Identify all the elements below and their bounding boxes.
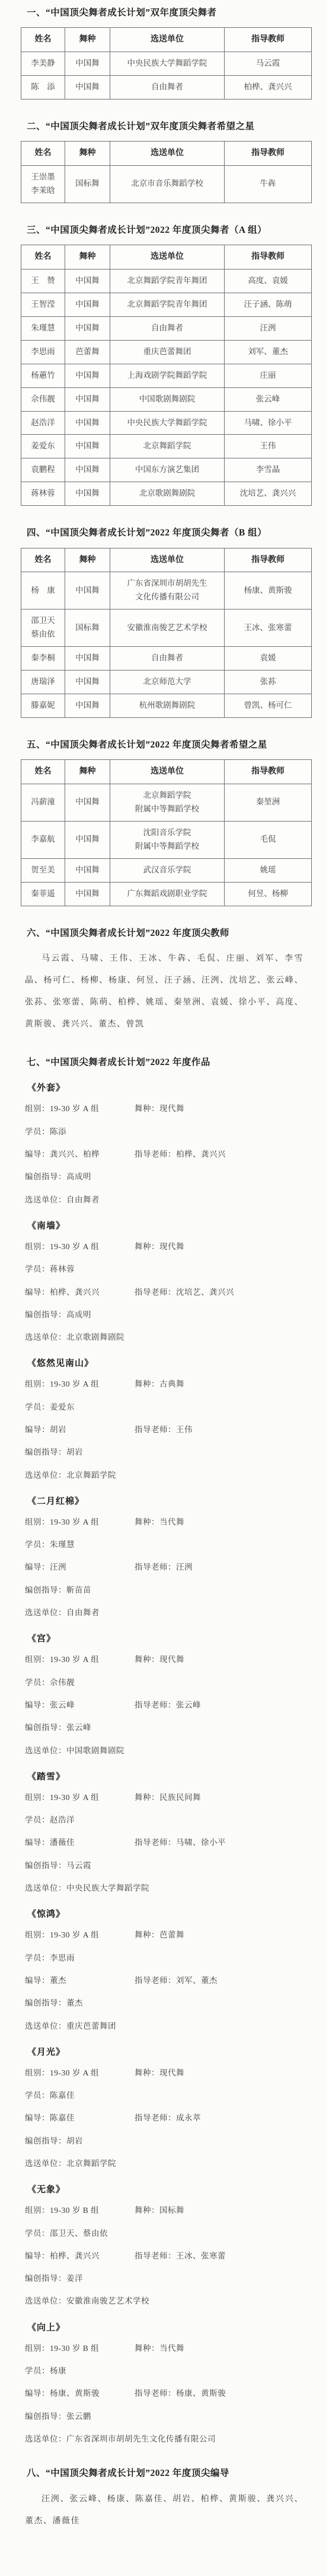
work-director-label: 编导：: [25, 1425, 50, 1434]
work-student-value: 姜爱东: [50, 1403, 75, 1411]
cell-name: 佘伟靓: [21, 387, 65, 411]
work-tutor-label: 指导老师：: [135, 1288, 176, 1297]
work-tutor-value: 王冰、张寒蕾: [176, 2251, 226, 2260]
table-row: 佘伟靓中国舞中国歌剧舞剧院张云峰: [21, 387, 312, 411]
cell-tutor: 马啸、徐小平: [225, 411, 312, 435]
work-genre-value: 国标舞: [159, 2206, 184, 2215]
work-director-value: 汪洌: [50, 1563, 66, 1571]
work-line-group-genre: 组别：19-30 岁 B 组舞种：国标舞: [25, 2203, 315, 2218]
work-director: 编导：陈嘉佳: [25, 2111, 135, 2125]
work-tutor-value: 柏桦、龚兴兴: [176, 1150, 226, 1159]
work-student-value: 李思雨: [50, 1953, 75, 1962]
work-unit: 选送单位：自由舞者: [25, 1606, 100, 1620]
cell-name: 李嘉航: [21, 821, 65, 858]
table-row: 袁鹏程中国舞中国东方演艺集团李雪晶: [21, 458, 312, 482]
work-line-unit: 选送单位：中央民族大学舞蹈学院: [25, 1881, 315, 1895]
cell-tutor: 王伟: [225, 435, 312, 458]
cell-name: 王智滢: [21, 293, 65, 316]
work-line-group-genre: 组别：19-30 岁 A 组舞种：芭蕾舞: [25, 1928, 315, 1942]
work-line-group-genre: 组别：19-30 岁 A 组舞种：民族民间舞: [25, 1791, 315, 1805]
cell-unit: 上海戏剧学院舞蹈学院: [110, 364, 225, 387]
work-unit: 选送单位：中央民族大学舞蹈学院: [25, 1881, 149, 1895]
cell-genre: 中国舞: [65, 858, 110, 882]
work-student-label: 学员：: [25, 1127, 50, 1136]
work-advisor-label: 编创指导：: [25, 1861, 66, 1870]
work-unit-value: 自由舞者: [66, 1608, 100, 1617]
cell-unit: 沈阳音乐学院 附属中等舞蹈学校: [110, 821, 225, 858]
table-header-row: 姓名舞种选送单位指导教师: [21, 760, 312, 784]
work-advisor-value: 胡岩: [66, 2136, 83, 2145]
work-student: 学员：陈添: [25, 1125, 66, 1139]
doc-section-8: 八、“中国顶尖舞者成长计划”2022 年度顶尖编导汪洌、张云峰、杨康、陈嘉佳、胡…: [0, 2466, 326, 2532]
cell-genre: 中国舞: [65, 316, 110, 340]
cell-genre: 中国舞: [65, 364, 110, 387]
column-header-name: 姓名: [21, 548, 65, 572]
doc-section-3: 三、“中国顶尖舞者成长计划”2022 年度顶尖舞者（A 组）姓名舞种选送单位指导…: [0, 223, 326, 506]
work-director-label: 编导：: [25, 1563, 50, 1571]
work-advisor: 编创指导：高成明: [25, 1170, 91, 1184]
work-director-value: 柏桦、龚兴兴: [50, 1288, 100, 1297]
cell-unit: 武汉音乐学院: [110, 858, 225, 882]
work-director: 编导：柏桦、龚兴兴: [25, 1285, 135, 1300]
work-line-director-tutor: 编导：柏桦、龚兴兴指导老师：王冰、张寒蕾: [25, 2249, 315, 2263]
cell-genre: 中国舞: [65, 387, 110, 411]
work-line-student: 学员：赵浩洋: [25, 1813, 315, 1827]
work-advisor: 编创指导：胡岩: [25, 1445, 83, 1459]
column-header-unit: 选送单位: [110, 142, 225, 166]
cell-unit: 北京舞蹈学院: [110, 435, 225, 458]
cell-name: 蒋林蓉: [21, 482, 65, 506]
cell-tutor: 庄丽: [225, 364, 312, 387]
work-student-value: 杨康: [50, 2366, 66, 2375]
work-group-label: 组别：: [25, 2068, 50, 2077]
work-advisor-label: 编创指导：: [25, 2136, 66, 2145]
doc-section-4: 四、“中国顶尖舞者成长计划”2022 年度顶尖舞者（B 组）姓名舞种选送单位指导…: [0, 526, 326, 718]
work-title: 《月光》: [27, 2045, 326, 2058]
work-genre-label: 舞种：: [135, 1380, 159, 1388]
work-tutor-label: 指导老师：: [135, 1150, 176, 1159]
cell-genre: 中国舞: [65, 821, 110, 858]
work-unit: 选送单位：安徽淮南骏艺艺术学校: [25, 2294, 149, 2308]
work-unit: 选送单位：中国歌剧舞剧院: [25, 1744, 124, 1758]
work-student-label: 学员：: [25, 2366, 50, 2375]
work-advisor: 编创指导：董杰: [25, 1996, 83, 2010]
doc-section-2: 二、“中国顶尖舞者成长计划”双年度顶尖舞者希望之星姓名舞种选送单位指导教师王崇墨…: [0, 120, 326, 203]
work-student-label: 学员：: [25, 2091, 50, 2100]
cell-name: 李思雨: [21, 340, 65, 364]
work-title: 《向上》: [27, 2321, 326, 2333]
column-header-tutor: 指导教师: [225, 142, 312, 166]
work-tutor-label: 指导老师：: [135, 2251, 176, 2260]
work-director: 编导：张云峰: [25, 1698, 135, 1712]
work-genre-label: 舞种：: [135, 1104, 159, 1113]
work-line-student: 学员：杨康: [25, 2364, 315, 2378]
document-page: 一、“中国顶尖舞者成长计划”双年度顶尖舞者姓名舞种选送单位指导教师李美静中国舞中…: [0, 0, 326, 2576]
work-director-label: 编导：: [25, 1838, 50, 1847]
work-line-group-genre: 组别：19-30 岁 A 组舞种：现代舞: [25, 1653, 315, 1667]
work-unit-value: 重庆芭蕾舞团: [66, 2022, 116, 2030]
work-title: 《南墙》: [27, 1219, 326, 1231]
work-group-value: 19-30 岁 A 组: [50, 1793, 99, 1802]
work-genre-value: 现代舞: [159, 2068, 184, 2077]
work-student-value: 赵浩洋: [50, 1815, 75, 1824]
work-director: 编导：柏桦、龚兴兴: [25, 2249, 135, 2263]
work-group-value: 19-30 岁 A 组: [50, 1930, 99, 1939]
cell-unit: 中央民族大学舞蹈学院: [110, 411, 225, 435]
table-row: 蒋林蓉中国舞北京歌剧舞剧院沈培艺、龚兴兴: [21, 482, 312, 506]
work-unit: 选送单位：北京舞蹈学院: [25, 2157, 116, 2171]
work-group-value: 19-30 岁 A 组: [50, 1242, 99, 1251]
work-entry: 《向上》组别：19-30 岁 B 组舞种：当代舞学员：杨康编导：杨康、黄斯骏指导…: [0, 2321, 326, 2446]
work-line-unit: 选送单位：北京舞蹈学院: [25, 1468, 315, 1483]
table-header-row: 姓名舞种选送单位指导教师: [21, 142, 312, 166]
table-row: 杨 康中国舞广东省深圳市胡胡先生 文化传播有限公司杨康、黄斯骏: [21, 572, 312, 609]
column-header-tutor: 指导教师: [225, 28, 312, 52]
work-student: 学员：赵浩洋: [25, 1813, 75, 1827]
work-director-label: 编导：: [25, 1701, 50, 1709]
work-line-unit: 选送单位：安徽淮南骏艺艺术学校: [25, 2294, 315, 2308]
work-group: 组别：19-30 岁 A 组: [25, 1102, 135, 1116]
table-row: 赵浩洋中国舞中央民族大学舞蹈学院马啸、徐小平: [21, 411, 312, 435]
work-student: 学员：杨康: [25, 2364, 66, 2378]
work-group-value: 19-30 岁 A 组: [50, 1518, 99, 1526]
work-unit: 选送单位：北京歌剧舞剧院: [25, 1330, 124, 1345]
work-advisor-value: 张云峰: [66, 1723, 91, 1732]
work-title: 《踏雪》: [27, 1770, 326, 1782]
work-genre-label: 舞种：: [135, 1930, 159, 1939]
table-row: 秦李桐中国舞自由舞者袁媛: [21, 647, 312, 671]
work-genre: 舞种：现代舞: [135, 1102, 184, 1116]
work-director: 编导：潘薇佳: [25, 1836, 135, 1850]
cell-unit: 中国东方演艺集团: [110, 458, 225, 482]
work-line-unit: 选送单位：北京歌剧舞剧院: [25, 1330, 315, 1345]
work-genre-value: 当代舞: [159, 2344, 184, 2353]
work-group-value: 19-30 岁 A 组: [50, 1655, 99, 1664]
cell-name: 秦李桐: [21, 647, 65, 671]
work-group: 组别：19-30 岁 A 组: [25, 1240, 135, 1254]
award-table: 姓名舞种选送单位指导教师王崇墨 李茉晗国标舞北京市音乐舞蹈学校牛犇: [21, 141, 312, 203]
work-student-value: 蒋林蓉: [50, 1265, 75, 1273]
work-group-value: 19-30 岁 A 组: [50, 1104, 99, 1113]
work-group: 组别：19-30 岁 A 组: [25, 1515, 135, 1529]
work-tutor: 指导老师：张云峰: [135, 1698, 201, 1712]
cell-tutor: 汪子涵、陈萌: [225, 293, 312, 316]
work-unit-value: 中央民族大学舞蹈学院: [66, 1884, 149, 1892]
cell-unit: 重庆芭蕾舞团: [110, 340, 225, 364]
work-student-label: 学员：: [25, 1815, 50, 1824]
work-genre-label: 舞种：: [135, 2344, 159, 2353]
cell-name: 邵卫天 蔡由依: [21, 609, 65, 647]
cell-unit: 自由舞者: [110, 75, 225, 99]
work-line-director-tutor: 编导：潘薇佳指导老师：马啸、徐小平: [25, 1836, 315, 1850]
work-group-value: 19-30 岁 A 组: [50, 1380, 99, 1388]
table-row: 李嘉航中国舞沈阳音乐学院 附属中等舞蹈学校毛侃: [21, 821, 312, 858]
table-row: 王崇墨 李茉晗国标舞北京市音乐舞蹈学校牛犇: [21, 165, 312, 203]
work-unit-label: 选送单位：: [25, 1471, 66, 1480]
doc-section-7: 七、“中国顶尖舞者成长计划”2022 年度作品《外套》组别：19-30 岁 A …: [0, 1056, 326, 2446]
work-genre: 舞种：现代舞: [135, 1240, 184, 1254]
work-tutor: 指导老师：沈培艺、龚兴兴: [135, 1285, 234, 1300]
work-entry: 《外套》组别：19-30 岁 A 组舞种：现代舞学员：陈添编导：龚兴兴、柏桦指导…: [0, 1081, 326, 1207]
table-header-row: 姓名舞种选送单位指导教师: [21, 548, 312, 572]
work-student: 学员：李思雨: [25, 1951, 75, 1965]
work-line-advisor: 编创指导：张云鹏: [25, 2410, 315, 2424]
work-tutor: 指导老师：马啸、徐小平: [135, 1836, 226, 1850]
column-header-unit: 选送单位: [110, 28, 225, 52]
work-entry: 《月光》组别：19-30 岁 A 组舞种：现代舞学员：陈嘉佳编导：陈嘉佳指导老师…: [0, 2045, 326, 2171]
work-group-label: 组别：: [25, 1930, 50, 1939]
work-advisor: 编创指导：张云鹏: [25, 2410, 91, 2424]
work-tutor: 指导老师：柏桦、龚兴兴: [135, 1147, 226, 1162]
work-group: 组别：19-30 岁 A 组: [25, 1791, 135, 1805]
work-advisor-label: 编创指导：: [25, 1723, 66, 1732]
work-tutor-value: 杨康、黄斯骏: [176, 2389, 226, 2398]
work-director-label: 编导：: [25, 1976, 50, 1985]
work-line-director-tutor: 编导：胡岩指导老师：王伟: [25, 1423, 315, 1437]
work-advisor: 编创指导：马云霞: [25, 1859, 91, 1873]
work-unit-label: 选送单位：: [25, 1884, 66, 1892]
work-line-advisor: 编创指导：高成明: [25, 1170, 315, 1184]
work-director-value: 杨康、黄斯骏: [50, 2389, 100, 2398]
work-unit-label: 选送单位：: [25, 2159, 66, 2168]
work-tutor: 指导老师：汪洌: [135, 1560, 193, 1574]
work-tutor-label: 指导老师：: [135, 1425, 176, 1434]
cell-name: 袁鹏程: [21, 458, 65, 482]
cell-unit: 北京歌剧舞剧院: [110, 482, 225, 506]
work-unit: 选送单位：广东省深圳市胡胡先生文化传播有限公司: [25, 2432, 216, 2446]
cell-tutor: 姚瑶: [225, 858, 312, 882]
work-advisor-value: 姜洋: [66, 2274, 83, 2283]
work-director-label: 编导：: [25, 2113, 50, 2122]
column-header-genre: 舞种: [65, 760, 110, 784]
cell-name: 滕嘉妮: [21, 694, 65, 717]
table-row: 滕嘉妮中国舞杭州歌剧舞剧院曾凯、杨可仁: [21, 694, 312, 717]
work-line-director-tutor: 编导：陈嘉佳指导老师：成永萃: [25, 2111, 315, 2125]
work-tutor-value: 王伟: [176, 1425, 193, 1434]
section-title: 一、“中国顶尖舞者成长计划”双年度顶尖舞者: [27, 6, 309, 20]
work-director-value: 张云峰: [50, 1701, 75, 1709]
work-group: 组别：19-30 岁 A 组: [25, 2066, 135, 2080]
work-title: 《悠然见南山》: [27, 1356, 326, 1369]
work-tutor-value: 沈培艺、龚兴兴: [176, 1288, 234, 1297]
cell-tutor: 刘军、董杰: [225, 340, 312, 364]
work-student: 学员：佘伟靓: [25, 1676, 75, 1690]
work-student-label: 学员：: [25, 1953, 50, 1962]
work-genre-value: 当代舞: [159, 1518, 184, 1526]
work-line-unit: 选送单位：北京舞蹈学院: [25, 2157, 315, 2171]
section-title: 二、“中国顶尖舞者成长计划”双年度顶尖舞者希望之星: [27, 120, 309, 133]
cell-genre: 中国舞: [65, 52, 110, 76]
work-group-label: 组别：: [25, 1380, 50, 1388]
award-table: 姓名舞种选送单位指导教师杨 康中国舞广东省深圳市胡胡先生 文化传播有限公司杨康、…: [21, 548, 312, 718]
cell-unit: 北京市音乐舞蹈学校: [110, 165, 225, 203]
cell-tutor: 王冰、张寒蕾: [225, 609, 312, 647]
doc-section-5: 五、“中国顶尖舞者成长计划”2022 年度顶尖舞者希望之星姓名舞种选送单位指导教…: [0, 738, 326, 906]
work-tutor-value: 马啸、徐小平: [176, 1838, 226, 1847]
column-header-genre: 舞种: [65, 245, 110, 270]
work-entry: 《二月红棉》组别：19-30 岁 A 组舞种：当代舞学员：朱瑾慧编导：汪洌指导老…: [0, 1494, 326, 1620]
work-unit-label: 选送单位：: [25, 1195, 66, 1204]
work-line-advisor: 编创指导：胡岩: [25, 2134, 315, 2148]
work-group-label: 组别：: [25, 1518, 50, 1526]
cell-unit: 广东舞蹈戏剧职业学院: [110, 882, 225, 906]
work-advisor: 编创指导：靳苗苗: [25, 1583, 91, 1597]
column-header-tutor: 指导教师: [225, 760, 312, 784]
work-director-value: 陈嘉佳: [50, 2113, 75, 2122]
work-group-label: 组别：: [25, 1242, 50, 1251]
work-advisor-value: 马云霞: [66, 1861, 91, 1870]
cell-genre: 国标舞: [65, 609, 110, 647]
column-header-tutor: 指导教师: [225, 245, 312, 270]
names-paragraph: 汪洌、张云峰、杨康、陈嘉佳、胡岩、柏桦、黄斯骏、龚兴兴、董杰、潘薇佳: [25, 2488, 303, 2532]
table-row: 王智滢中国舞北京舞蹈学院青年舞团汪子涵、陈萌: [21, 293, 312, 316]
work-tutor: 指导老师：王冰、张寒蕾: [135, 2249, 226, 2263]
work-line-group-genre: 组别：19-30 岁 A 组舞种：当代舞: [25, 1515, 315, 1529]
work-genre: 舞种：现代舞: [135, 2066, 184, 2080]
work-line-group-genre: 组别：19-30 岁 A 组舞种：现代舞: [25, 2066, 315, 2080]
work-entry: 《宫》组别：19-30 岁 A 组舞种：现代舞学员：佘伟靓编导：张云峰指导老师：…: [0, 1632, 326, 1757]
work-genre-label: 舞种：: [135, 1242, 159, 1251]
cell-name: 姜爱东: [21, 435, 65, 458]
work-director: 编导：胡岩: [25, 1423, 135, 1437]
work-tutor: 指导老师：成永萃: [135, 2111, 201, 2125]
cell-genre: 中国舞: [65, 293, 110, 316]
cell-tutor: 曾凯、杨可仁: [225, 694, 312, 717]
work-group-label: 组别：: [25, 2344, 50, 2353]
work-genre-value: 现代舞: [159, 1655, 184, 1664]
work-advisor: 编创指导：张云峰: [25, 1721, 91, 1735]
work-advisor: 编创指导：高成明: [25, 1308, 91, 1322]
cell-genre: 中国舞: [65, 572, 110, 609]
cell-tutor: 张云峰: [225, 387, 312, 411]
column-header-name: 姓名: [21, 28, 65, 52]
work-tutor-label: 指导老师：: [135, 1838, 176, 1847]
cell-tutor: 李雪晶: [225, 458, 312, 482]
cell-unit: 中央民族大学舞蹈学院: [110, 52, 225, 76]
cell-genre: 中国舞: [65, 784, 110, 821]
cell-tutor: 汪洌: [225, 316, 312, 340]
work-line-director-tutor: 编导：汪洌指导老师：汪洌: [25, 1560, 315, 1574]
work-unit-value: 北京舞蹈学院: [66, 2159, 116, 2168]
work-tutor-value: 成永萃: [176, 2113, 201, 2122]
work-student-value: 陈嘉佳: [50, 2091, 75, 2100]
cell-genre: 中国舞: [65, 671, 110, 694]
cell-name: 冯薪潼: [21, 784, 65, 821]
work-unit-value: 广东省深圳市胡胡先生文化传播有限公司: [66, 2434, 216, 2443]
work-line-unit: 选送单位：重庆芭蕾舞团: [25, 2019, 315, 2033]
column-header-unit: 选送单位: [110, 548, 225, 572]
work-line-group-genre: 组别：19-30 岁 B 组舞种：当代舞: [25, 2341, 315, 2356]
work-group-value: 19-30 岁 B 组: [50, 2206, 99, 2215]
work-line-director-tutor: 编导：龚兴兴、柏桦指导老师：柏桦、龚兴兴: [25, 1147, 315, 1162]
cell-genre: 中国舞: [65, 482, 110, 506]
work-director-value: 龚兴兴、柏桦: [50, 1150, 100, 1159]
work-unit-value: 自由舞者: [66, 1195, 100, 1204]
cell-unit: 北京舞蹈学院青年舞团: [110, 269, 225, 293]
work-line-group-genre: 组别：19-30 岁 A 组舞种：现代舞: [25, 1240, 315, 1254]
work-entry: 《惊鸿》组别：19-30 岁 A 组舞种：芭蕾舞学员：李思雨编导：董杰指导老师：…: [0, 1907, 326, 2033]
cell-tutor: 秦堃洲: [225, 784, 312, 821]
cell-unit: 杭州歌剧舞剧院: [110, 694, 225, 717]
cell-unit: 中国歌剧舞剧院: [110, 387, 225, 411]
work-genre-value: 民族民间舞: [159, 1793, 201, 1802]
cell-name: 王崇墨 李茉晗: [21, 165, 65, 203]
cell-unit: 自由舞者: [110, 316, 225, 340]
work-group-label: 组别：: [25, 1793, 50, 1802]
work-line-student: 学员：姜爱东: [25, 1400, 315, 1414]
work-student-value: 朱瑾慧: [50, 1540, 75, 1549]
work-group: 组别：19-30 岁 A 组: [25, 1377, 135, 1391]
table-row: 唐瑞泽中国舞北京师范大学张荪: [21, 671, 312, 694]
work-student: 学员：朱瑾慧: [25, 1538, 75, 1552]
cell-name: 秦菲遥: [21, 882, 65, 906]
work-group: 组别：19-30 岁 A 组: [25, 1653, 135, 1667]
work-director-value: 潘薇佳: [50, 1838, 75, 1847]
work-unit-label: 选送单位：: [25, 2434, 66, 2443]
work-genre: 舞种：当代舞: [135, 2341, 184, 2356]
work-line-unit: 选送单位：广东省深圳市胡胡先生文化传播有限公司: [25, 2432, 315, 2446]
section-title: 六、“中国顶尖舞者成长计划”2022 年度顶尖教师: [27, 926, 309, 940]
work-genre: 舞种：芭蕾舞: [135, 1928, 184, 1942]
work-line-student: 学员：朱瑾慧: [25, 1538, 315, 1552]
work-advisor: 编创指导：胡岩: [25, 2134, 83, 2148]
names-paragraph: 马云霞、马啸、王伟、王冰、牛犇、毛侃、庄丽、刘军、李雪晶、杨可仁、杨柳、杨康、何…: [25, 948, 303, 1035]
work-line-advisor: 编创指导：马云霞: [25, 1859, 315, 1873]
cell-name: 赵浩洋: [21, 411, 65, 435]
cell-name: 贺至美: [21, 858, 65, 882]
work-line-student: 学员：陈添: [25, 1125, 315, 1139]
work-title: 《无象》: [27, 2183, 326, 2195]
cell-name: 陈 添: [21, 75, 65, 99]
work-director: 编导：龚兴兴、柏桦: [25, 1147, 135, 1162]
column-header-unit: 选送单位: [110, 245, 225, 270]
work-line-unit: 选送单位：中国歌剧舞剧院: [25, 1744, 315, 1758]
cell-tutor: 袁媛: [225, 647, 312, 671]
work-student-label: 学员：: [25, 1265, 50, 1273]
work-tutor: 指导老师：刘军、董杰: [135, 1974, 218, 1988]
work-genre-label: 舞种：: [135, 2068, 159, 2077]
work-advisor: 编创指导：姜洋: [25, 2272, 83, 2286]
work-student-label: 学员：: [25, 1540, 50, 1549]
work-director-label: 编导：: [25, 1288, 50, 1297]
work-genre-label: 舞种：: [135, 2206, 159, 2215]
column-header-genre: 舞种: [65, 548, 110, 572]
work-director: 编导：杨康、黄斯骏: [25, 2386, 135, 2401]
work-director-label: 编导：: [25, 1150, 50, 1159]
work-student-value: 邵卫天、蔡由依: [50, 2229, 108, 2238]
work-line-student: 学员：邵卫天、蔡由依: [25, 2227, 315, 2241]
work-genre-label: 舞种：: [135, 1793, 159, 1802]
table-row: 秦菲遥中国舞广东舞蹈戏剧职业学院何昱、杨柳: [21, 882, 312, 906]
work-unit-value: 北京歌剧舞剧院: [66, 1333, 124, 1342]
work-tutor: 指导老师：王伟: [135, 1423, 193, 1437]
work-genre-value: 现代舞: [159, 1242, 184, 1251]
work-line-director-tutor: 编导：杨康、黄斯骏指导老师：杨康、黄斯骏: [25, 2386, 315, 2401]
work-student-value: 陈添: [50, 1127, 66, 1136]
work-advisor-value: 张云鹏: [66, 2412, 91, 2421]
work-advisor-label: 编创指导：: [25, 2274, 66, 2283]
work-advisor-label: 编创指导：: [25, 2412, 66, 2421]
work-tutor-value: 张云峰: [176, 1701, 201, 1709]
work-student-label: 学员：: [25, 2229, 50, 2238]
work-genre: 舞种：古典舞: [135, 1377, 184, 1391]
award-table: 姓名舞种选送单位指导教师冯薪潼中国舞北京舞蹈学院 附属中等舞蹈学校秦堃洲李嘉航中…: [21, 759, 312, 906]
work-genre-value: 现代舞: [159, 1104, 184, 1113]
work-line-advisor: 编创指导：董杰: [25, 1996, 315, 2010]
work-director-label: 编导：: [25, 2389, 50, 2398]
column-header-unit: 选送单位: [110, 760, 225, 784]
work-line-advisor: 编创指导：姜洋: [25, 2272, 315, 2286]
